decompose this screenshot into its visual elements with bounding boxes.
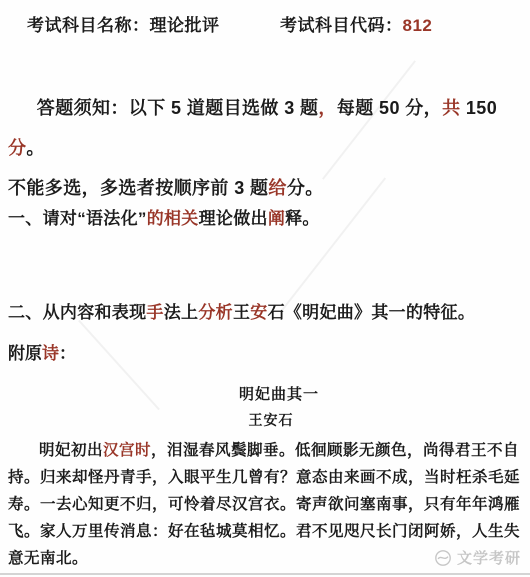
- question-2: 二、从内容和表现手法上分析王安石《明妃曲》其一的特征。: [8, 298, 524, 323]
- brand-watermark: 文学考研: [434, 547, 521, 568]
- exam-header: 考试科目名称：理论批评 考试科目代码：812: [27, 11, 524, 36]
- subject-code: 考试科目代码：812: [280, 11, 432, 36]
- poem-title: 明妃曲其一: [0, 383, 530, 404]
- subject-name-value: 理论批评: [150, 16, 220, 35]
- subject-name: 考试科目名称：理论批评: [27, 16, 220, 35]
- question-1: 一、请对“语法化”的相关理论做出阐释。: [8, 204, 524, 229]
- exam-notice: 答题须知：以下 5 道题目选做 3 题，每题 50 分，共 150 分。不能多选…: [8, 88, 524, 208]
- poem-intro: 附原诗：: [8, 339, 76, 364]
- watermark-label: 文学考研: [457, 547, 521, 568]
- poem-author: 王安石: [0, 410, 530, 430]
- subject-name-label: 考试科目名称：: [27, 16, 150, 35]
- bottom-divider: [0, 573, 530, 575]
- subject-code-value: 812: [403, 16, 433, 35]
- exam-paper-page: 考试科目名称：理论批评 考试科目代码：812 答题须知：以下 5 道题目选做 3…: [0, 0, 530, 577]
- subject-code-label: 考试科目代码：: [280, 16, 403, 35]
- literature-kaoyan-logo-icon: [434, 549, 452, 567]
